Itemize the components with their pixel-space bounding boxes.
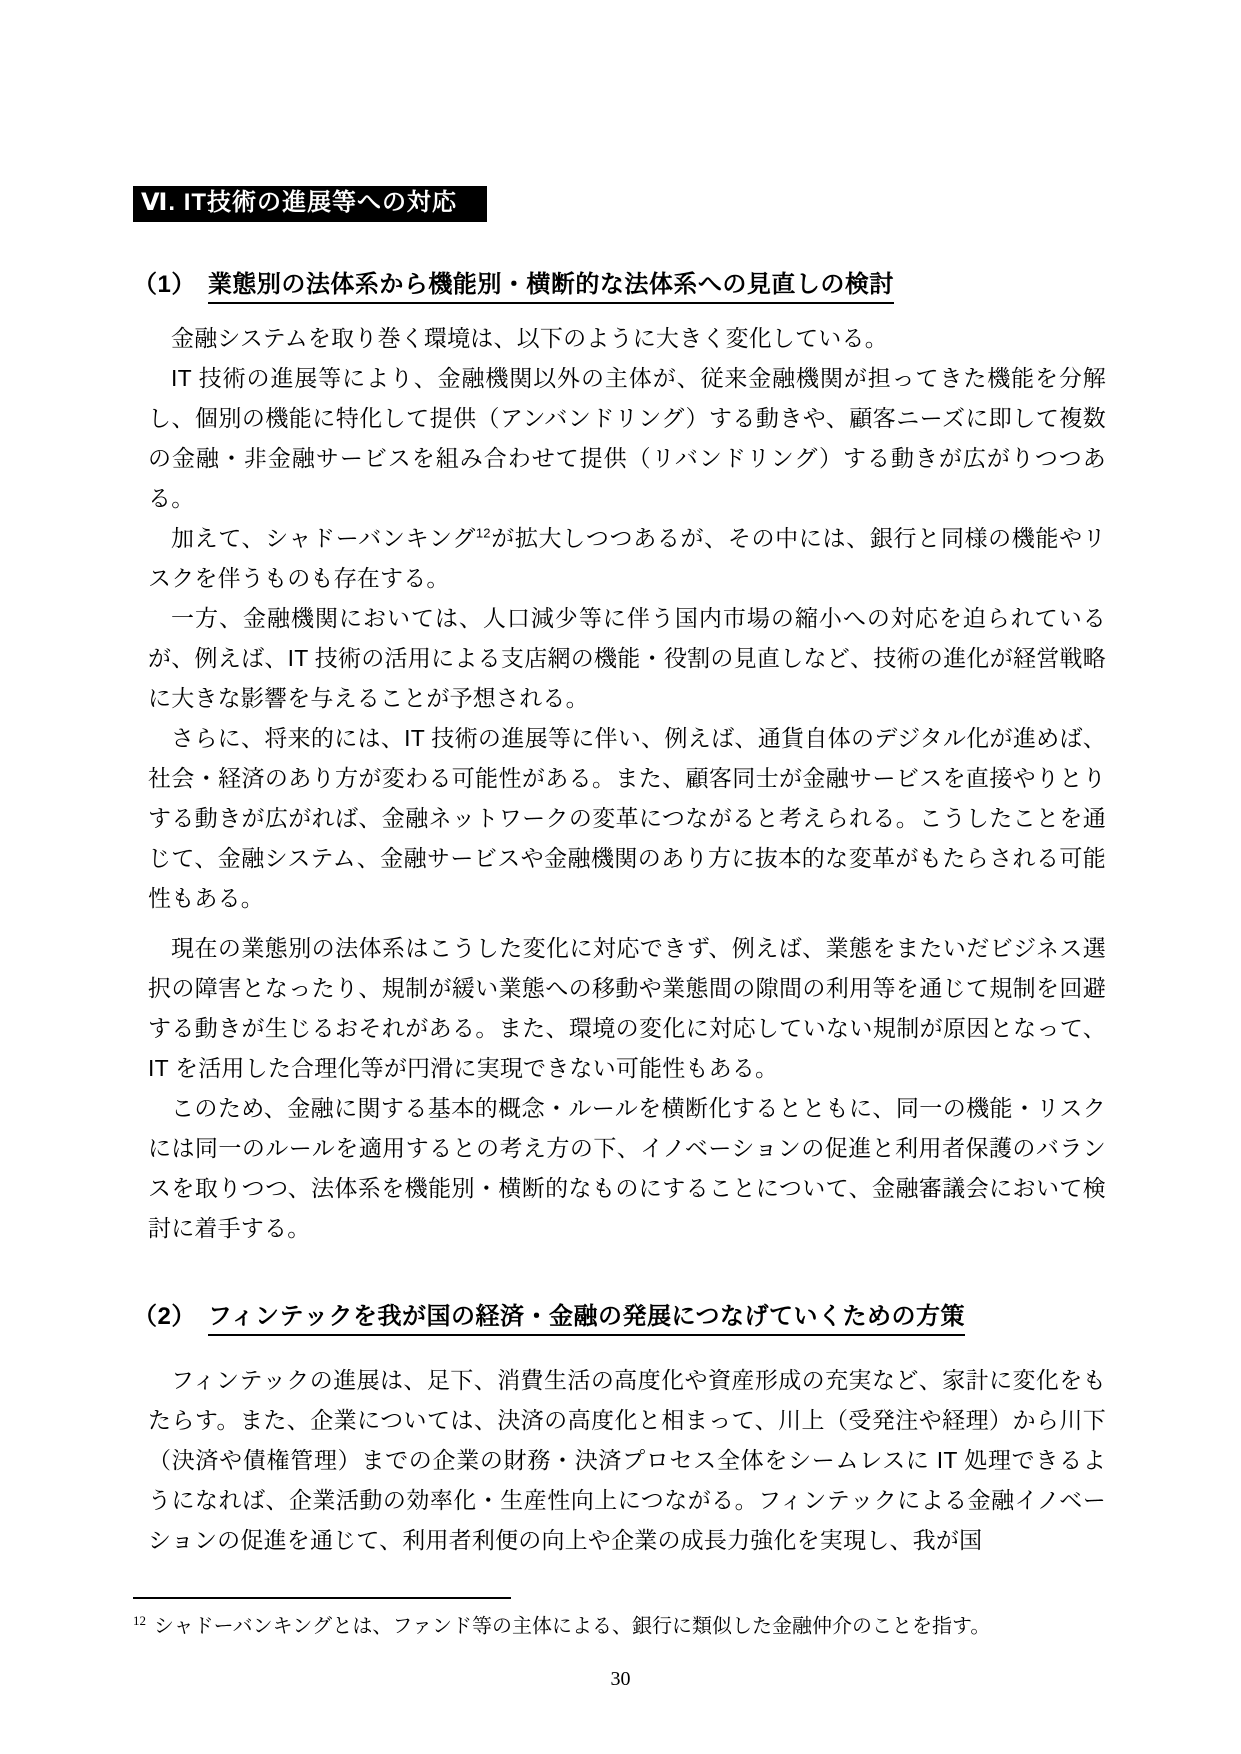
footnote-marker: 12: [133, 1613, 146, 1628]
document-page: Ⅵ. IT技術の進展等への対応 （1）業態別の法体系から機能別・横断的な法体系へ…: [0, 0, 1241, 1754]
paragraph: 現在の業態別の法体系はこうした変化に対応できず、例えば、業態をまたいだビジネス選…: [148, 928, 1106, 1088]
paragraph-text: 加えて、シャドーバンキング: [171, 525, 476, 551]
footnote-reference: 12: [476, 525, 491, 540]
footnote-text: シャドーバンキングとは、ファンド等の主体による、銀行に類似した金融仲介のことを指…: [154, 1616, 990, 1638]
paragraph: このため、金融に関する基本的概念・ルールを横断化するとともに、同一の機能・リスク…: [148, 1088, 1106, 1248]
section2-body: フィンテックの進展は、足下、消費生活の高度化や資産形成の充実など、家計に変化をも…: [148, 1360, 1106, 1560]
page-number: 30: [0, 1668, 1241, 1691]
paragraph: IT 技術の進展等により、金融機関以外の主体が、従来金融機関が担ってきた機能を分…: [148, 358, 1106, 518]
footnote-separator: [133, 1597, 511, 1599]
section1-title: 業態別の法体系から機能別・横断的な法体系への見直しの検討: [208, 271, 894, 304]
section1-number: （1）: [133, 271, 196, 298]
section2-heading: （2）フィンテックを我が国の経済・金融の発展につなげていくための方策: [133, 1296, 965, 1331]
paragraph: 一方、金融機関においては、人口減少等に伴う国内市場の縮小への対応を迫られているが…: [148, 598, 1106, 718]
paragraph: 加えて、シャドーバンキング12が拡大しつつあるが、その中には、銀行と同様の機能や…: [148, 518, 1106, 598]
chapter-title-banner: Ⅵ. IT技術の進展等への対応: [133, 186, 487, 222]
paragraph: さらに、将来的には、IT 技術の進展等に伴い、例えば、通貨自体のデジタル化が進め…: [148, 718, 1106, 918]
section1-heading: （1）業態別の法体系から機能別・横断的な法体系への見直しの検討: [133, 264, 894, 299]
section2-title: フィンテックを我が国の経済・金融の発展につなげていくための方策: [208, 1303, 965, 1336]
paragraph: フィンテックの進展は、足下、消費生活の高度化や資産形成の充実など、家計に変化をも…: [148, 1360, 1106, 1560]
section2-number: （2）: [133, 1303, 196, 1330]
paragraph: 金融システムを取り巻く環境は、以下のように大きく変化している。: [148, 318, 1106, 358]
footnote: 12シャドーバンキングとは、ファンド等の主体による、銀行に類似した金融仲介のこと…: [133, 1606, 1118, 1642]
section1-body: 金融システムを取り巻く環境は、以下のように大きく変化している。 IT 技術の進展…: [148, 318, 1106, 1248]
